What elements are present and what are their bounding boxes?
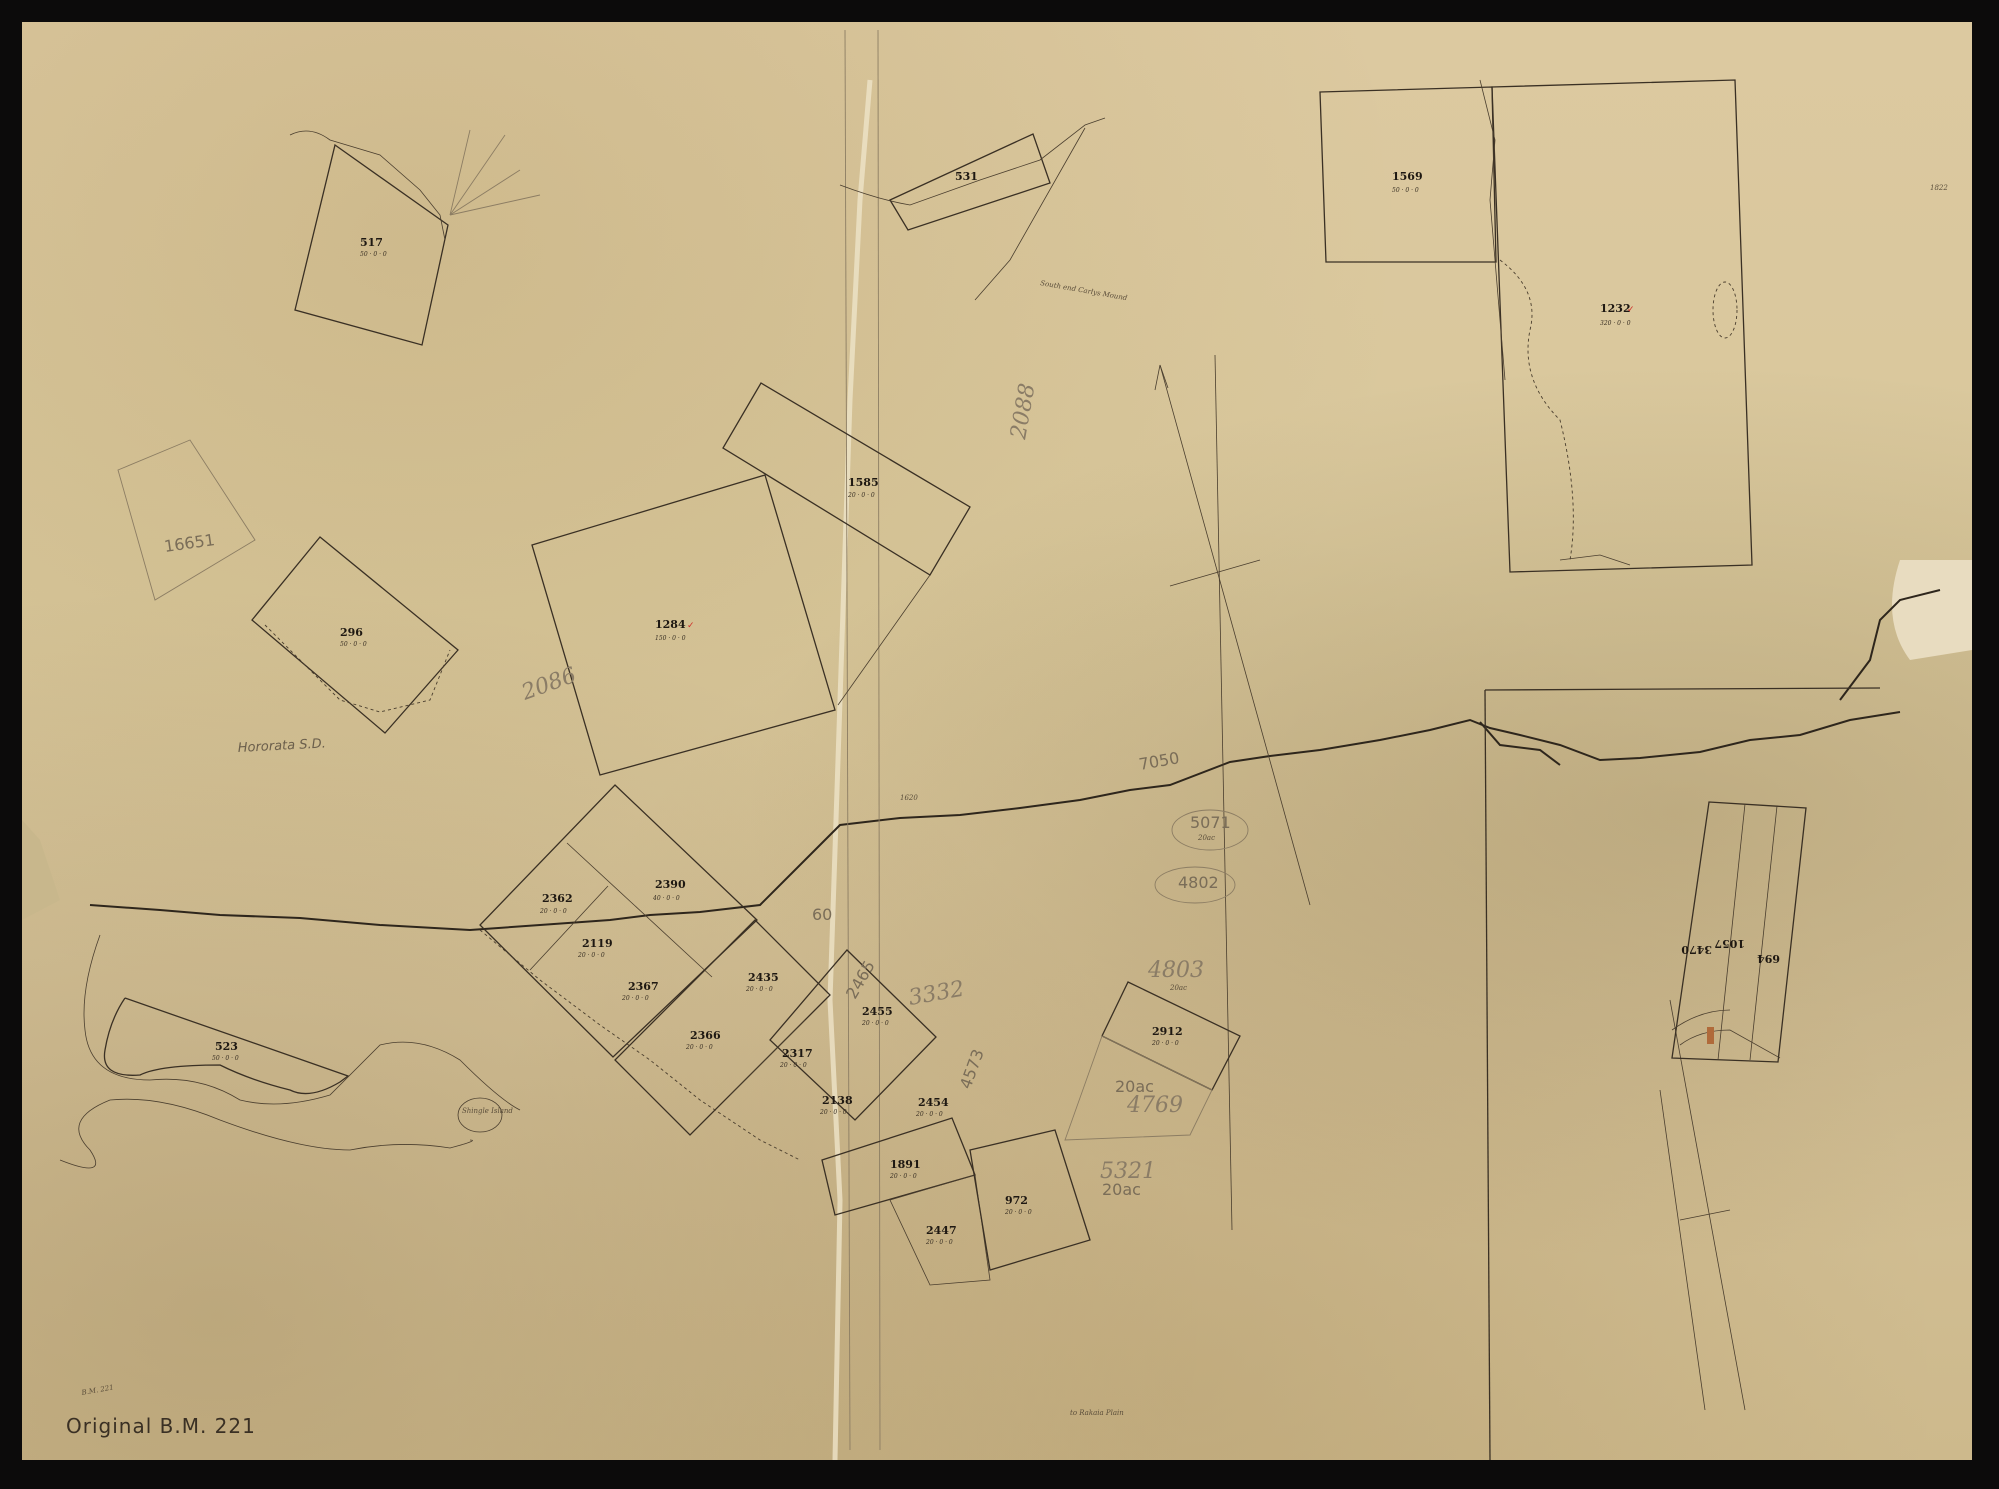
- svg-text:20 · 0 · 0: 20 · 0 · 0: [685, 1044, 713, 1051]
- pencil-annotation: 4803: [1147, 958, 1204, 983]
- svg-text:50 · 0 · 0: 50 · 0 · 0: [1392, 187, 1419, 194]
- lot-2119[interactable]: 211920 · 0 · 0: [577, 937, 613, 959]
- pencil-annotation: 4769: [1126, 1093, 1183, 1118]
- svg-text:1284: 1284: [655, 618, 686, 631]
- svg-text:531: 531: [955, 170, 978, 183]
- svg-text:2454: 2454: [918, 1096, 949, 1109]
- lot-531[interactable]: 531: [840, 118, 1105, 300]
- svg-text:20 · 0 · 0: 20 · 0 · 0: [915, 1111, 943, 1118]
- lot-1057[interactable]: 1057: [1714, 937, 1745, 950]
- survey-map: 517 50 · 0 · 0 531 South end Carlys Moun…: [0, 0, 1999, 1489]
- lot-1891[interactable]: 1891 20 · 0 · 0: [822, 1118, 975, 1215]
- svg-text:296: 296: [340, 626, 363, 639]
- svg-text:20 · 0 · 0: 20 · 0 · 0: [577, 952, 605, 959]
- island-note: Shingle Island: [462, 1107, 513, 1115]
- lot-2390[interactable]: 239040 · 0 · 0: [652, 878, 686, 902]
- svg-text:694: 694: [1757, 952, 1780, 965]
- pencil-annotation: 20ac: [1115, 1077, 1154, 1096]
- lot-523[interactable]: 523 50 · 0 · 0: [104, 998, 348, 1094]
- svg-text:2435: 2435: [748, 971, 779, 984]
- svg-text:16651: 16651: [163, 530, 216, 556]
- svg-text:20 · 0 · 0: 20 · 0 · 0: [621, 995, 649, 1002]
- pencil-ref: B.M. 221: [80, 1383, 114, 1397]
- pencil-annotation: 4573: [956, 1047, 988, 1092]
- lot-2317[interactable]: 231720 · 0 · 0: [779, 1047, 813, 1069]
- lot-2454[interactable]: 245420 · 0 · 0: [915, 1096, 949, 1118]
- pencil-annotation: 2465: [842, 957, 879, 1002]
- svg-text:150 · 0 · 0: 150 · 0 · 0: [655, 635, 686, 642]
- svg-text:20 · 0 · 0: 20 · 0 · 0: [539, 908, 567, 915]
- svg-text:20 · 0 · 0: 20 · 0 · 0: [847, 492, 875, 499]
- svg-text:50 · 0 · 0: 50 · 0 · 0: [340, 641, 367, 648]
- lot-694[interactable]: 694: [1757, 952, 1780, 965]
- svg-text:✓: ✓: [1627, 305, 1635, 315]
- pencil-annotation: 20ac: [1197, 834, 1215, 842]
- svg-text:50 · 0 · 0: 50 · 0 · 0: [360, 251, 387, 258]
- lot-group-right: [1672, 802, 1806, 1062]
- lot-1569[interactable]: 1569 50 · 0 · 0: [1320, 87, 1496, 262]
- lot-3470[interactable]: 3470: [1681, 943, 1712, 956]
- svg-text:2367: 2367: [628, 980, 659, 993]
- svg-text:20 · 0 · 0: 20 · 0 · 0: [1004, 1209, 1032, 1216]
- svg-text:20 · 0 · 0: 20 · 0 · 0: [819, 1109, 847, 1116]
- pencil-annotation: 1620: [900, 794, 918, 802]
- district-label: Hororata S.D.: [237, 736, 326, 756]
- pencil-annotation: 5071: [1190, 813, 1231, 832]
- svg-text:20 · 0 · 0: 20 · 0 · 0: [925, 1239, 953, 1246]
- lot-2435[interactable]: 243520 · 0 · 0: [745, 971, 779, 993]
- svg-text:2390: 2390: [655, 878, 686, 891]
- svg-text:1569: 1569: [1392, 170, 1423, 183]
- pencil-annotation: 20ac: [1169, 984, 1187, 992]
- svg-text:1057: 1057: [1714, 937, 1745, 950]
- svg-text:1891: 1891: [890, 1158, 921, 1171]
- lot-972[interactable]: 972 20 · 0 · 0: [970, 1130, 1090, 1270]
- svg-text:✓: ✓: [687, 621, 695, 631]
- river: [60, 935, 520, 1168]
- svg-text:972: 972: [1005, 1194, 1028, 1207]
- pencil-annotation: 2088: [1006, 382, 1041, 442]
- lot-2447[interactable]: 2447 20 · 0 · 0: [890, 1175, 990, 1285]
- svg-text:2447: 2447: [926, 1224, 957, 1237]
- svg-text:2317: 2317: [782, 1047, 813, 1060]
- svg-text:3470: 3470: [1681, 943, 1712, 956]
- lot-2366[interactable]: 236620 · 0 · 0: [685, 1029, 721, 1051]
- svg-text:20 · 0 · 0: 20 · 0 · 0: [889, 1173, 917, 1180]
- lot-1284[interactable]: 1284 150 · 0 · 0 ✓: [532, 475, 835, 775]
- svg-text:20 · 0 · 0: 20 · 0 · 0: [779, 1062, 807, 1069]
- svg-text:2362: 2362: [542, 892, 573, 905]
- svg-text:2119: 2119: [582, 937, 613, 950]
- svg-text:40 · 0 · 0: 40 · 0 · 0: [652, 895, 680, 902]
- bottom-note: to Rakaia Plain: [1070, 1409, 1124, 1417]
- pencil-annotation: 1822: [1930, 184, 1948, 192]
- lot-2455[interactable]: 245520 · 0 · 0: [861, 1005, 893, 1027]
- caption: Original B.M. 221: [66, 1414, 256, 1438]
- lot-296[interactable]: 296 50 · 0 · 0: [252, 537, 458, 733]
- pencil-annotation: 4802: [1178, 873, 1219, 892]
- svg-text:2455: 2455: [862, 1005, 893, 1018]
- mound-note: South end Carlys Mound: [1040, 279, 1129, 302]
- pencil-annotation: 60: [812, 905, 832, 924]
- svg-text:20 · 0 · 0: 20 · 0 · 0: [861, 1020, 889, 1027]
- pencil-annotation: 20ac: [1102, 1180, 1141, 1199]
- pencil-annotation: 3332: [907, 977, 966, 1011]
- lot-1232[interactable]: 1232 320 · 0 · 0 ✓: [1480, 80, 1752, 572]
- svg-text:50 · 0 · 0: 50 · 0 · 0: [212, 1055, 239, 1062]
- svg-text:20 · 0 · 0: 20 · 0 · 0: [745, 986, 773, 993]
- lot-16651[interactable]: 16651: [118, 440, 255, 600]
- svg-text:320 · 0 · 0: 320 · 0 · 0: [1600, 320, 1631, 327]
- torn-patch: [1892, 560, 1972, 660]
- svg-text:2912: 2912: [1152, 1025, 1183, 1038]
- svg-text:1585: 1585: [848, 476, 879, 489]
- svg-text:2366: 2366: [690, 1029, 721, 1042]
- svg-text:517: 517: [360, 236, 383, 249]
- svg-text:20 · 0 · 0: 20 · 0 · 0: [1151, 1040, 1179, 1047]
- pencil-annotation: 2086: [518, 663, 580, 706]
- svg-text:2138: 2138: [822, 1094, 853, 1107]
- lot-2362[interactable]: 236220 · 0 · 0: [539, 892, 573, 915]
- north-arrow-line: [1160, 365, 1310, 905]
- svg-text:523: 523: [215, 1040, 238, 1053]
- paper-crack: [90, 712, 1900, 930]
- lot-2367[interactable]: 236720 · 0 · 0: [621, 980, 659, 1002]
- lot-517[interactable]: 517 50 · 0 · 0: [290, 130, 540, 345]
- pencil-annotation: 7050: [1137, 748, 1180, 774]
